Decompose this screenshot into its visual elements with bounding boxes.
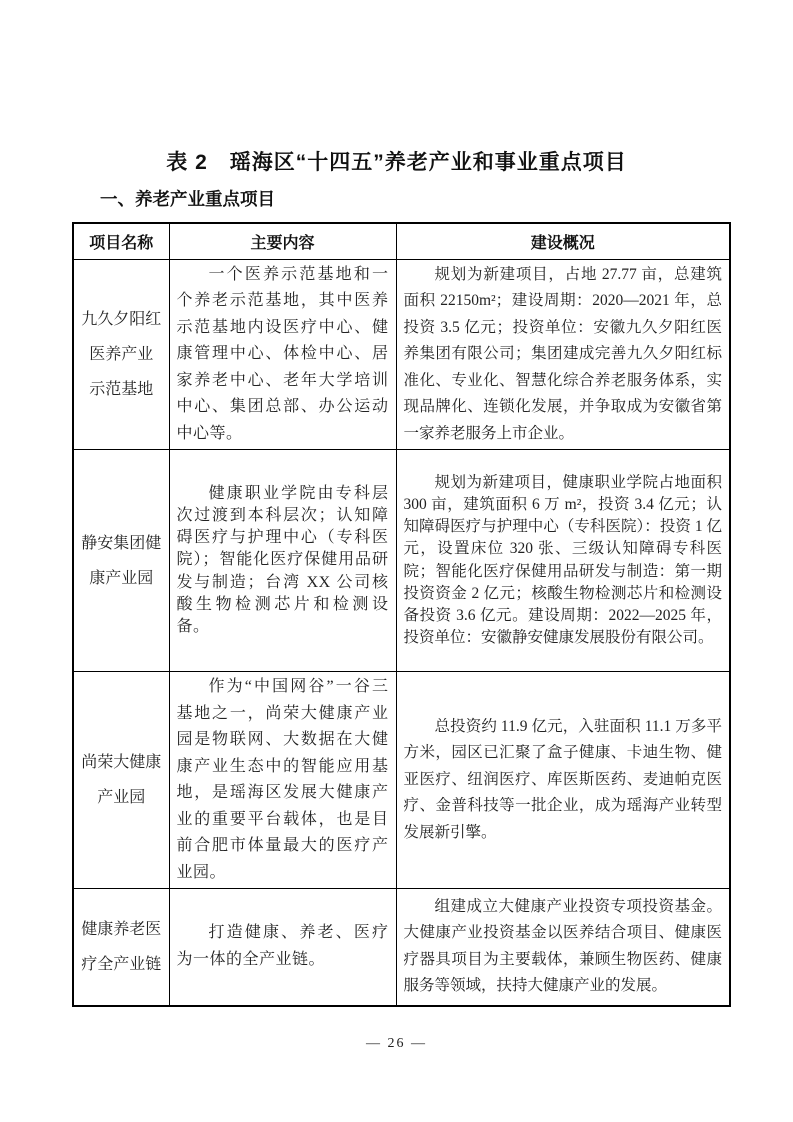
col-header-project-name: 项目名称 [73, 223, 169, 259]
table-row: 九久夕阳红 医养产业 示范基地 一个医养示范基地和一个养老示范基地，其中医养示范… [73, 259, 730, 450]
main-content-cell: 健康职业学院由专科层次过渡到本科层次；认知障碍医疗与护理中心（专科医院）；智能化… [169, 450, 396, 672]
table-row: 静安集团健 康产业园 健康职业学院由专科层次过渡到本科层次；认知障碍医疗与护理中… [73, 450, 730, 672]
main-content-cell: 作为“中国网谷”一谷三基地之一，尚荣大健康产业园是物联网、大数据在大健康产业生态… [169, 672, 396, 889]
main-content-cell: 一个医养示范基地和一个养老示范基地，其中医养示范基地内设医疗中心、健康管理中心、… [169, 259, 396, 450]
project-name-cell: 健康养老医 疗全产业链 [73, 889, 169, 1006]
construction-overview-cell: 组建成立大健康产业投资专项投资基金。大健康产业投资基金以医养结合项目、健康医疗器… [396, 889, 730, 1006]
construction-overview-cell: 规划为新建项目，占地 27.77 亩，总建筑面积 22150m²；建设周期：20… [396, 259, 730, 450]
section-heading: 一、养老产业重点项目 [100, 186, 275, 211]
col-header-main-content: 主要内容 [169, 223, 396, 259]
construction-overview-cell: 规划为新建项目，健康职业学院占地面积 300 亩，建筑面积 6 万 m²，投资 … [396, 450, 730, 672]
project-name-cell: 九久夕阳红 医养产业 示范基地 [73, 259, 169, 450]
page-number: — 26 — [0, 1036, 793, 1052]
document-page: 表 2 瑶海区“十四五”养老产业和事业重点项目 一、养老产业重点项目 项目名称 … [0, 0, 793, 1122]
project-name-cell: 静安集团健 康产业园 [73, 450, 169, 672]
main-content-cell: 打造健康、养老、医疗为一体的全产业链。 [169, 889, 396, 1006]
table-header-row: 项目名称 主要内容 建设概况 [73, 223, 730, 259]
construction-overview-cell: 总投资约 11.9 亿元，入驻面积 11.1 万多平方米，园区已汇聚了盒子健康、… [396, 672, 730, 889]
table-row: 健康养老医 疗全产业链 打造健康、养老、医疗为一体的全产业链。 组建成立大健康产… [73, 889, 730, 1006]
table-row: 尚荣大健康 产业园 作为“中国网谷”一谷三基地之一，尚荣大健康产业园是物联网、大… [73, 672, 730, 889]
col-header-construction-overview: 建设概况 [396, 223, 730, 259]
project-name-cell: 尚荣大健康 产业园 [73, 672, 169, 889]
table-title: 表 2 瑶海区“十四五”养老产业和事业重点项目 [0, 146, 793, 176]
projects-table: 项目名称 主要内容 建设概况 九久夕阳红 医养产业 示范基地 一个医养示范基地和… [72, 222, 731, 1007]
